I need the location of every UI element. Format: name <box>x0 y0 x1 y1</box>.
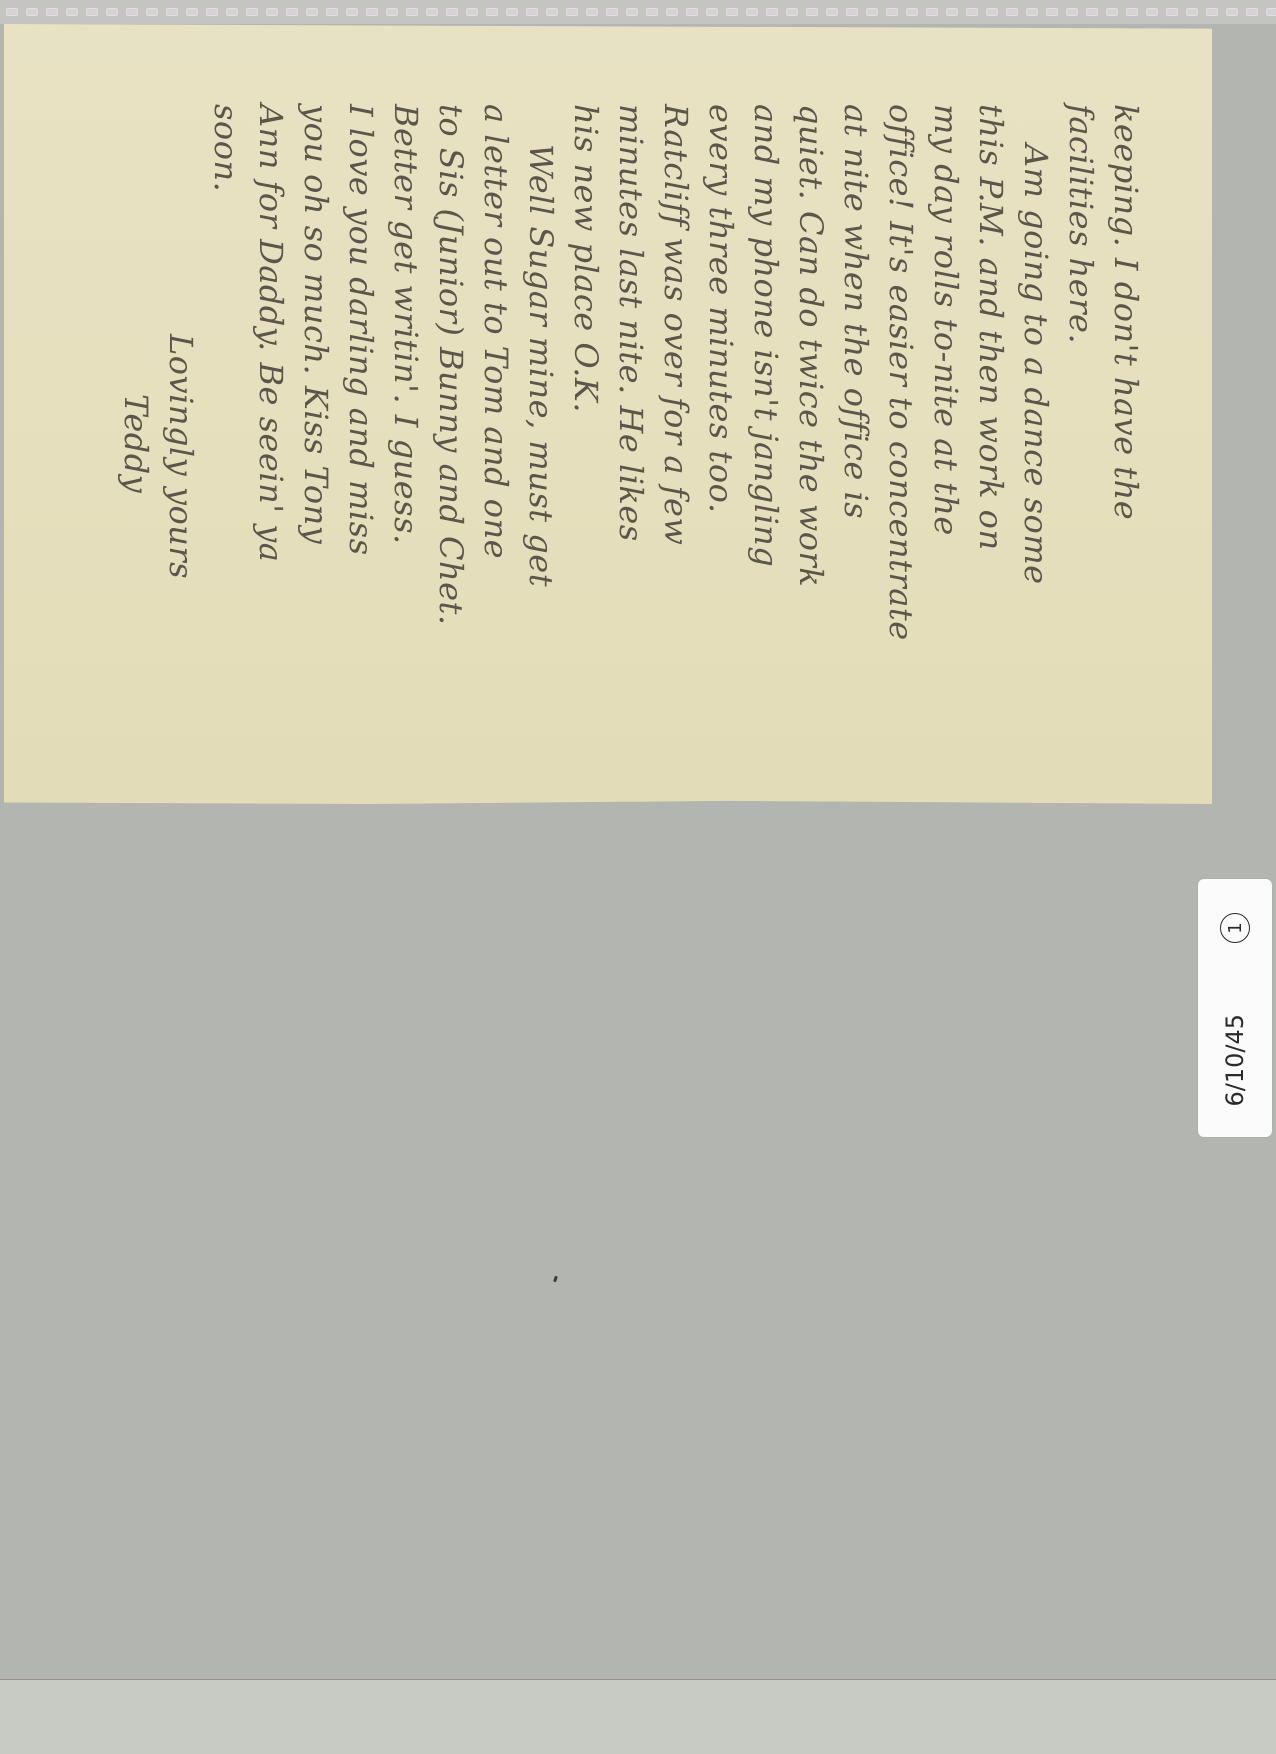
letter-line: keeping. I don't have the <box>1103 104 1148 764</box>
perforation-hole <box>1266 8 1276 16</box>
perforation-hole <box>506 8 518 16</box>
perforation-hole <box>726 8 738 16</box>
perforation-hole <box>286 8 298 16</box>
perforation-hole <box>586 8 598 16</box>
perforation-hole <box>1086 8 1098 16</box>
perforation-hole <box>366 8 378 16</box>
perforation-hole <box>826 8 838 16</box>
letter-line: Well Sugar mine, must get <box>518 104 563 764</box>
sleeve-perforation-strip <box>0 0 1276 24</box>
perforation-hole <box>1146 8 1158 16</box>
perforation-hole <box>1066 8 1078 16</box>
perforation-hole <box>1006 8 1018 16</box>
perforation-hole <box>346 8 358 16</box>
letter-line: this P.M. and then work on <box>968 104 1013 764</box>
letter-line: Am going to a dance some <box>1013 104 1058 764</box>
letter-closing: Lovingly yours <box>158 104 203 764</box>
letter-signature: Teddy <box>113 104 158 764</box>
letter-line: every three minutes too. <box>698 104 743 764</box>
perforation-hole <box>646 8 658 16</box>
perforation-hole <box>406 8 418 16</box>
perforation-hole <box>6 8 18 16</box>
perforation-hole <box>486 8 498 16</box>
perforation-hole <box>226 8 238 16</box>
scanner-bed-background <box>0 1680 1276 1754</box>
perforation-hole <box>66 8 78 16</box>
perforation-hole <box>546 8 558 16</box>
label-date: 6/10/45 <box>1221 1014 1249 1107</box>
perforation-hole <box>746 8 758 16</box>
perforation-hole <box>86 8 98 16</box>
letter-line: a letter out to Tom and one <box>473 104 518 764</box>
perforation-hole <box>626 8 638 16</box>
date-label-content: 1 6/10/45 <box>1198 879 1272 1137</box>
perforation-hole <box>26 8 38 16</box>
letter-line: facilities here. <box>1058 104 1103 764</box>
perforation-hole <box>566 8 578 16</box>
perforation-hole <box>186 8 198 16</box>
letter-line: quiet. Can do twice the work <box>788 104 833 764</box>
letter-body: keeping. I don't have the facilities her… <box>4 24 1212 804</box>
perforation-hole <box>466 8 478 16</box>
perforation-hole <box>126 8 138 16</box>
perforation-hole <box>1246 8 1258 16</box>
perforation-hole <box>786 8 798 16</box>
perforation-hole <box>1126 8 1138 16</box>
perforation-hole <box>806 8 818 16</box>
perforation-hole <box>1106 8 1118 16</box>
perforation-hole <box>266 8 278 16</box>
perforation-hole <box>426 8 438 16</box>
perforation-hole <box>1186 8 1198 16</box>
letter-line: at nite when the office is <box>833 104 878 764</box>
perforation-hole <box>1046 8 1058 16</box>
letter-line: I love you darling and miss <box>338 104 383 764</box>
letter-line: Ann for Daddy. Be seein' ya <box>248 104 293 764</box>
perforation-hole <box>106 8 118 16</box>
perforation-hole <box>966 8 978 16</box>
letter-page: keeping. I don't have the facilities her… <box>4 24 1212 804</box>
perforation-hole <box>326 8 338 16</box>
perforation-hole <box>1026 8 1038 16</box>
perforation-hole <box>846 8 858 16</box>
perforation-hole <box>766 8 778 16</box>
perforation-hole <box>526 8 538 16</box>
perforation-hole <box>386 8 398 16</box>
perforation-hole <box>986 8 998 16</box>
perforation-hole <box>1166 8 1178 16</box>
date-label-sticker: 1 6/10/45 <box>1198 879 1272 1137</box>
perforation-hole <box>1206 8 1218 16</box>
perforation-hole <box>306 8 318 16</box>
perforation-hole <box>886 8 898 16</box>
letter-line: you oh so much. Kiss Tony <box>293 104 338 764</box>
perforation-hole <box>246 8 258 16</box>
perforation-hole <box>906 8 918 16</box>
perforation-hole <box>686 8 698 16</box>
perforation-hole <box>446 8 458 16</box>
perforation-hole <box>206 8 218 16</box>
letter-line: his new place O.K. <box>563 104 608 764</box>
perforation-hole <box>706 8 718 16</box>
perforation-hole <box>146 8 158 16</box>
perforation-hole <box>166 8 178 16</box>
letter-line: minutes last nite. He likes <box>608 104 653 764</box>
page-number-circle: 1 <box>1220 913 1250 943</box>
letter-line: office! It's easier to concentrate <box>878 104 923 764</box>
perforation-hole <box>926 8 938 16</box>
letter-line: to Sis (Junior) Bunny and Chet. <box>428 104 473 764</box>
perforation-hole <box>1226 8 1238 16</box>
letter-line: Better get writin'. I guess. <box>383 104 428 764</box>
letter-line: and my phone isn't jangling <box>743 104 788 764</box>
letter-line: Ratcliff was over for a few <box>653 104 698 764</box>
perforation-hole <box>666 8 678 16</box>
perforation-hole <box>606 8 618 16</box>
perforation-hole <box>866 8 878 16</box>
letter-line: soon. <box>203 104 248 764</box>
letter-line: my day rolls to-nite at the <box>923 104 968 764</box>
perforation-hole <box>46 8 58 16</box>
perforation-hole <box>946 8 958 16</box>
